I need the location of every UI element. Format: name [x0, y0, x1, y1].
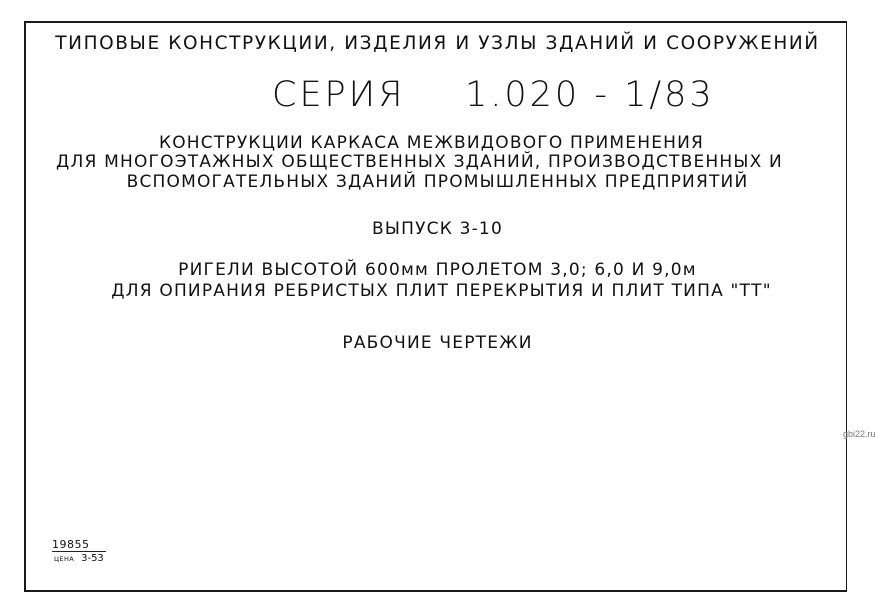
subject-line-1: КОНСТРУКЦИИ КАРКАСА МЕЖВИДОВОГО ПРИМЕНЕН…	[0, 133, 869, 153]
price-row: ЦЕНА3-53	[52, 553, 106, 564]
catalog-number: 19855	[52, 538, 106, 552]
drawing-frame	[24, 21, 847, 592]
series-label: СЕРИЯ	[272, 75, 405, 115]
header-line: ТИПОВЫЕ КОНСТРУКЦИИ, ИЗДЕЛИЯ И УЗЛЫ ЗДАН…	[0, 33, 875, 54]
series-number: 1.020 - 1/83	[465, 75, 715, 115]
catalog-stamp: 19855 ЦЕНА3-53	[52, 538, 106, 564]
description-line-2: ДЛЯ ОПИРАНИЯ РЕБРИСТЫХ ПЛИТ ПЕРЕКРЫТИЯ И…	[4, 281, 875, 301]
description-line-1: РИГЕЛИ ВЫСОТОЙ 600мм ПРОЛЕТОМ 3,0; 6,0 И…	[0, 260, 875, 280]
watermark: gbi22.ru	[843, 429, 875, 439]
price-label: ЦЕНА	[54, 555, 74, 563]
issue-number: ВЫПУСК 3-10	[0, 219, 875, 239]
document-type: РАБОЧИЕ ЧЕРТЕЖИ	[0, 333, 875, 353]
subject-line-3: ВСПОМОГАТЕЛЬНЫХ ЗДАНИЙ ПРОМЫШЛЕННЫХ ПРЕД…	[0, 172, 875, 192]
price-value: 3-53	[81, 553, 104, 564]
subject-line-2: ДЛЯ МНОГОЭТАЖНЫХ ОБЩЕСТВЕННЫХ ЗДАНИЙ, ПР…	[0, 152, 857, 172]
